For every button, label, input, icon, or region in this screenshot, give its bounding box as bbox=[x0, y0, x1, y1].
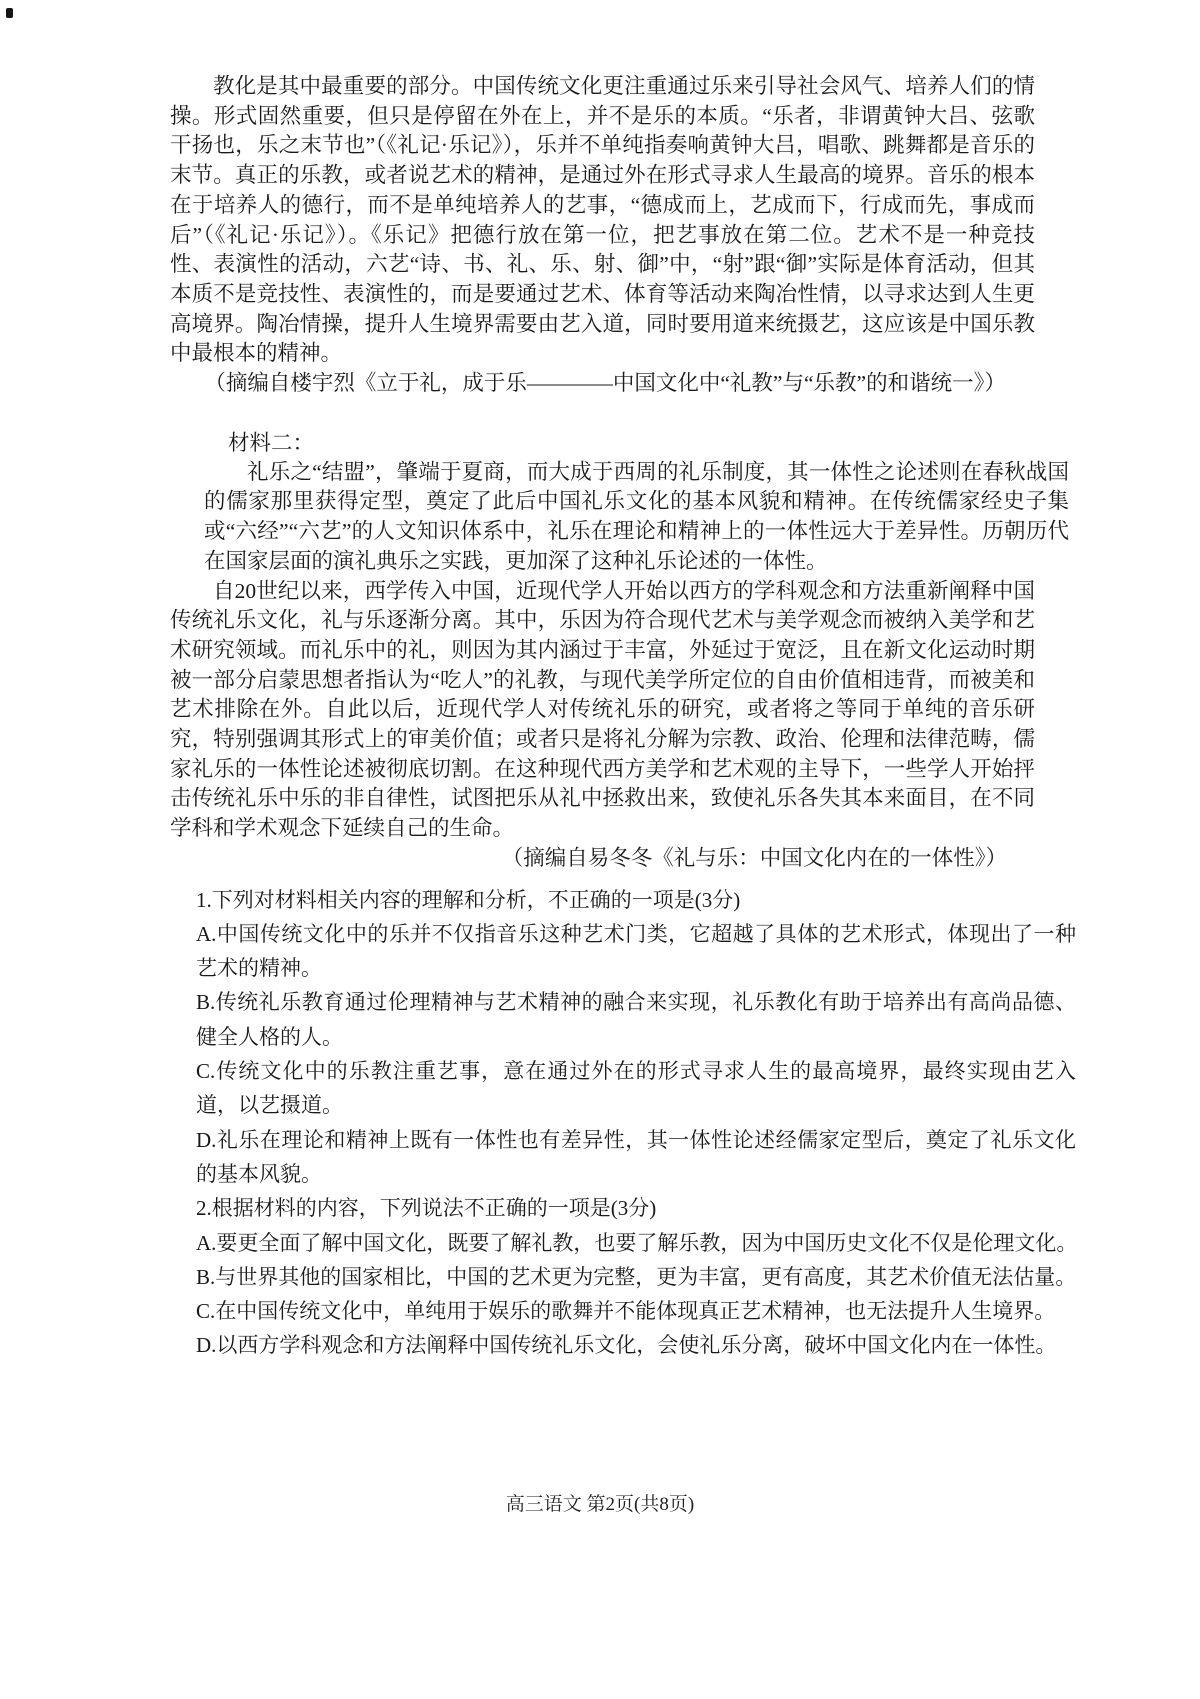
material2-paragraph-2: 自20世纪以来，西学传入中国，近现代学人开始以西方的学科观念和方法重新阐释中国传… bbox=[170, 577, 1035, 844]
page-content: 教化是其中最重要的部分。中国传统文化更注重通过乐来引导社会风气、培养人们的情操。… bbox=[170, 72, 1035, 1363]
question-2-option-b: B.与世界其他的国家相比，中国的艺术更为完整，更为丰富，更有高度，其艺术价值无法… bbox=[196, 1260, 1076, 1294]
question-2-stem: 2.根据材料的内容，下列说法不正确的一项是(3分) bbox=[196, 1191, 1076, 1225]
question-1-option-d: D.礼乐在理论和精神上既有一体性也有差异性，其一体性论述经儒家定型后，奠定了礼乐… bbox=[196, 1123, 1076, 1192]
question-1-option-b: B.传统礼乐教育通过伦理精神与艺术精神的融合来实现，礼乐教化有助于培养出有高尚品… bbox=[196, 985, 1076, 1054]
question-1-option-c: C.传统文化中的乐教注重艺事，意在通过外在的形式寻求人生的最高境界，最终实现由艺… bbox=[196, 1054, 1076, 1123]
question-2-option-a: A.要更全面了解中国文化，既要了解礼教，也要了解乐教，因为中国历史文化不仅是伦理… bbox=[196, 1226, 1076, 1260]
material1-paragraph: 教化是其中最重要的部分。中国传统文化更注重通过乐来引导社会风气、培养人们的情操。… bbox=[170, 72, 1035, 369]
scan-artifact-dot bbox=[6, 8, 13, 18]
question-2-option-c: C.在中国传统文化中，单纯用于娱乐的歌舞并不能体现真正艺术精神，也无法提升人生境… bbox=[196, 1294, 1076, 1328]
material1-citation: （摘编自楼宇烈《立于礼，成于乐————中国文化中“礼教”与“乐教”的和谐统一》） bbox=[170, 369, 1035, 399]
question-2-option-d: D.以西方学科观念和方法阐释中国传统礼乐文化，会使礼乐分离，破坏中国文化内在一体… bbox=[196, 1328, 1076, 1362]
questions-section: 1.下列对材料相关内容的理解和分析，不正确的一项是(3分) A.中国传统文化中的… bbox=[196, 883, 1076, 1363]
material2-paragraph-1: 礼乐之“结盟”，肇端于夏商，而大成于西周的礼乐制度，其一体性之论述则在春秋战国的… bbox=[204, 458, 1069, 577]
page-footer: 高三语文 第2页(共8页) bbox=[0, 1489, 1200, 1516]
question-1-stem: 1.下列对材料相关内容的理解和分析，不正确的一项是(3分) bbox=[196, 883, 1076, 917]
material2-citation: （摘编自易冬冬《礼与乐：中国文化内在的一体性》） bbox=[170, 844, 1035, 874]
material2-heading: 材料二： bbox=[170, 428, 1035, 458]
question-1-option-a: A.中国传统文化中的乐并不仅指音乐这种艺术门类，它超越了具体的艺术形式，体现出了… bbox=[196, 917, 1076, 986]
exam-page: 教化是其中最重要的部分。中国传统文化更注重通过乐来引导社会风气、培养人们的情操。… bbox=[0, 0, 1200, 1699]
